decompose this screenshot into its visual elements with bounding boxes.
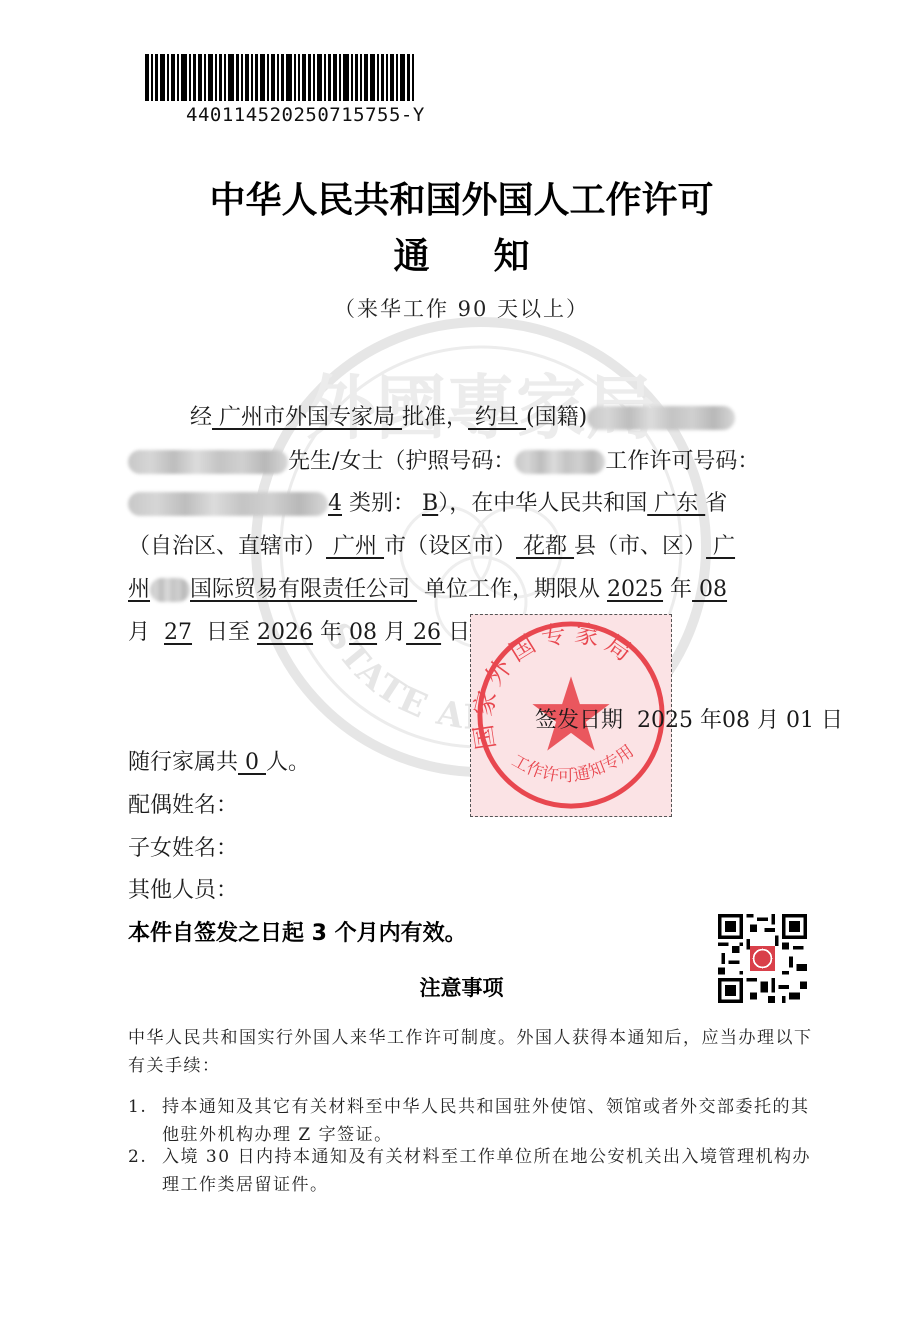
- text: 批准，: [402, 405, 468, 430]
- category-label: 类别：: [349, 491, 415, 516]
- body-line-1: 经 广州市外国专家局 批准， 约旦 (国籍): [190, 403, 870, 433]
- note-text: 入境 30 日内持本通知及有关材料至工作单位所在地公安机关出入境管理机构办理工作…: [162, 1143, 812, 1199]
- dependents-line: 随行家属共 0 人。: [128, 745, 310, 776]
- issue-day: 01: [786, 708, 814, 733]
- text: 市（设区市）: [384, 534, 516, 559]
- permit-number-label: 工作许可号码：: [605, 449, 759, 474]
- barcode: [145, 54, 447, 101]
- dependents-count: 0: [238, 750, 266, 775]
- notes-heading: 注意事项: [0, 972, 923, 1002]
- validity-statement: 本件自签发之日起 3 个月内有效。: [128, 916, 467, 947]
- document-title-notice: 通知: [0, 228, 923, 279]
- nationality-label: (国籍): [526, 405, 587, 430]
- text: 年: [670, 577, 692, 602]
- province-field: 广东: [647, 491, 705, 516]
- passport-field-redacted: [515, 449, 605, 474]
- name-field-redacted: [587, 405, 735, 430]
- note-number: 2.: [128, 1143, 147, 1171]
- note-item: 2. 入境 30 日内持本通知及有关材料至工作单位所在地公安机关出入境管理机构办…: [128, 1143, 818, 1199]
- category-field: B: [422, 491, 438, 516]
- text: 月: [757, 708, 779, 733]
- body-line-5: 州国际贸易有限责任公司 单位工作，期限从 2025 年 08: [128, 575, 808, 605]
- text: 日至: [206, 620, 250, 645]
- issue-month: 08: [722, 708, 750, 733]
- province-label: 省: [705, 491, 727, 516]
- text: 人。: [266, 750, 310, 775]
- spouse-name-label: 配偶姓名：: [128, 788, 238, 819]
- dependents-label: 随行家属共: [128, 750, 238, 775]
- text: 月: [384, 620, 406, 645]
- name-field-redacted-2: [128, 449, 288, 474]
- barcode-number: 440114520250715755-Y: [186, 104, 425, 126]
- passport-label: 先生/女士（护照号码：: [288, 449, 515, 474]
- text: 单位工作，期限从: [424, 577, 600, 602]
- text: 县（市、区）: [574, 534, 706, 559]
- other-persons-label: 其他人员：: [128, 873, 238, 904]
- text: 年: [320, 620, 342, 645]
- city-field: 广州: [326, 534, 384, 559]
- text: （自治区、直辖市）: [128, 534, 326, 559]
- approving-authority: 广州市外国专家局: [212, 405, 402, 430]
- note-number: 1.: [128, 1093, 147, 1121]
- body-line-2: 先生/女士（护照号码：工作许可号码：: [128, 447, 808, 477]
- district-field: 花都: [516, 534, 574, 559]
- text: 年: [700, 708, 722, 733]
- note-item: 1. 持本通知及其它有关材料至中华人民共和国驻外使馆、领馆或者外交部委托的其他驻…: [128, 1093, 818, 1149]
- text: ），在中华人民共和国: [438, 491, 647, 516]
- country-field: 约旦: [468, 405, 526, 430]
- document-subtitle: （来华工作 90 天以上）: [0, 293, 923, 323]
- text: 经: [190, 405, 212, 430]
- text: 月: [128, 620, 150, 645]
- end-month: 08: [349, 620, 377, 645]
- issue-date-label: 签发日期: [535, 708, 623, 733]
- end-year: 2026: [257, 620, 313, 645]
- body-line-4: （自治区、直辖市） 广州 市（设区市） 花都 县（市、区） 广: [128, 532, 808, 562]
- issue-year: 2025: [637, 708, 693, 733]
- permit-number-field: 4: [128, 491, 342, 516]
- employer-field-start: 广: [706, 534, 735, 559]
- body-line-3: 4 类别： B），在中华人民共和国 广东 省: [128, 489, 808, 519]
- notes-intro: 中华人民共和国实行外国人来华工作许可制度。外国人获得本通知后，应当办理以下有关手…: [128, 1024, 818, 1080]
- employer-field: 州国际贸易有限责任公司: [128, 577, 417, 602]
- start-year: 2025: [607, 577, 663, 602]
- end-day: 26: [406, 620, 441, 645]
- issue-date: 签发日期 2025 年08 月 01 日: [535, 703, 843, 734]
- document-title: 中华人民共和国外国人工作许可: [0, 172, 923, 223]
- start-day: 27: [164, 620, 192, 645]
- note-text: 持本通知及其它有关材料至中华人民共和国驻外使馆、领馆或者外交部委托的其他驻外机构…: [162, 1093, 812, 1149]
- title-char-1: 通: [393, 236, 429, 277]
- start-month: 08: [692, 577, 727, 602]
- body-line-6: 月 27 日至 2026 年 08 月 26 日。: [128, 618, 808, 648]
- title-char-2: 知: [494, 236, 530, 277]
- text: 日: [821, 708, 843, 733]
- children-name-label: 子女姓名：: [128, 831, 238, 862]
